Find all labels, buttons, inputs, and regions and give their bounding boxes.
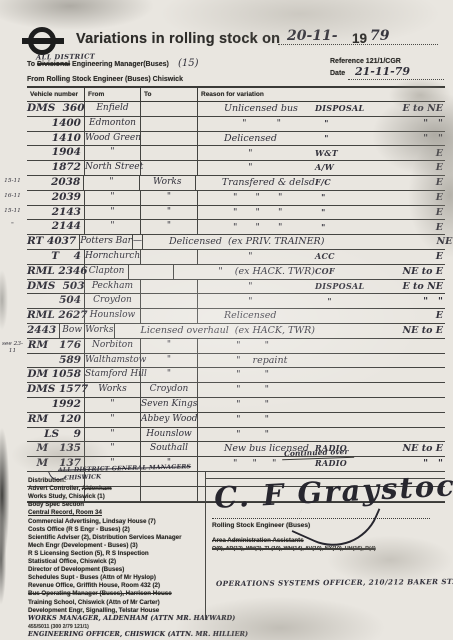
reason-text: " " ": [198, 191, 315, 205]
reason-text: ": [198, 250, 315, 264]
to-location: Works: [85, 324, 114, 338]
vehicle-number: 504: [27, 294, 85, 308]
to-location: [129, 265, 174, 279]
reason-code: A/W: [315, 161, 393, 175]
table-body: DMS 360EnfieldUnlicensed busDISPOSALE to…: [27, 102, 445, 502]
status-code: NE to E: [393, 442, 445, 456]
handwritten-year: 79: [370, 28, 389, 44]
status-code: NE to E: [393, 324, 445, 338]
table-row: DMS 360EnfieldUnlicensed busDISPOSALE to…: [27, 102, 445, 117]
reason-cell: "W&TE: [198, 146, 445, 160]
reason-text: ": [198, 161, 315, 175]
from-location: ": [85, 206, 141, 220]
reason-cell: " ": [198, 383, 445, 397]
reason-text: " ": [198, 368, 315, 382]
margin-note: [0, 280, 26, 282]
reason-cell: RelicensedE: [198, 309, 445, 323]
reason-text: ": [198, 295, 315, 309]
reason-text: " ": [198, 339, 315, 353]
from-location: Wood Green: [85, 132, 141, 146]
margin-note: [0, 368, 26, 370]
table-row: LS 9"Hounslow " ": [27, 428, 445, 443]
vehicle-number: RM 120: [27, 413, 85, 427]
margin-note: [0, 132, 26, 134]
reason-cell: " ": [198, 398, 445, 412]
reason-cell: " " " "E: [198, 206, 445, 220]
margin-note: [0, 383, 26, 385]
to-location: [141, 132, 198, 146]
col-header-from: From: [85, 88, 141, 101]
reason-cell: " " " "E: [198, 220, 445, 234]
margin-note: [0, 117, 26, 119]
margin-note: [0, 102, 26, 104]
margin-note: [0, 309, 26, 311]
distribution-item: Statistical Office, Chiswick (2): [28, 558, 204, 566]
distribution-item: Commercial Advertising, Lindsay House (7…: [28, 518, 204, 526]
reason-cell: " repaint: [198, 354, 445, 368]
status-code: E: [393, 176, 445, 190]
reason-code: F/C: [315, 176, 393, 190]
distribution-item: Costs Office (R S Engr - Buses) (2): [28, 526, 204, 534]
margin-note: [0, 235, 26, 237]
from-location: Hounslow: [85, 309, 141, 323]
from-location: Hornchurch: [85, 250, 141, 264]
table-row: 1410Wood GreenDelicensed "" ": [27, 132, 445, 147]
margin-note: [0, 250, 26, 252]
to-location: ": [141, 339, 198, 353]
status-code: E: [393, 309, 445, 323]
distribution-item: Director of Development (Buses): [28, 566, 204, 574]
vehicle-number: DM 1058: [27, 368, 85, 382]
printed-year-prefix: 19: [352, 31, 367, 46]
distribution-item: Body Spec Section: [28, 501, 204, 509]
vehicle-number: 1992: [27, 398, 85, 412]
to-location: Works: [140, 176, 196, 190]
table-row: DM 1058Stamford Hill" " ": [27, 368, 445, 383]
status-code: E: [393, 221, 445, 235]
vehicle-number: LS 9: [27, 428, 85, 442]
from-location: North Street: [85, 161, 141, 175]
reason-code: DISPOSAL: [315, 102, 393, 116]
variations-table: Vehicle number From To Reason for variat…: [27, 86, 445, 503]
status-code: E: [393, 161, 445, 175]
margin-note: ": [0, 220, 26, 229]
handwritten-chiswick: CHISWICK: [64, 473, 101, 481]
to-location: Croydon: [141, 383, 198, 397]
to-location: ": [141, 206, 198, 220]
distribution-item: Revenue Office, Griffith House, Room 432…: [28, 582, 204, 590]
distribution-item: ENGINEERING OFFICER, CHISWICK (ATTN. MR.…: [28, 631, 204, 639]
margin-note: [0, 398, 26, 400]
reason-text: " " ": [198, 221, 315, 235]
to-location: [141, 161, 198, 175]
to-location: Seven Kings: [141, 398, 198, 412]
reason-cell: " ": [198, 339, 445, 353]
reason-text: Licensed overhaul (ex HACK, TWR): [115, 324, 315, 338]
table-row: 1904" "W&TE: [27, 146, 445, 161]
to-location: [141, 294, 198, 308]
margin-note: 16-11: [0, 191, 26, 200]
table-row: "2144"" " " " "E: [27, 220, 445, 235]
table-row: 589Walthamstow" " repaint: [27, 354, 445, 369]
table-row: T 4Hornchurch "ACCE: [27, 250, 445, 265]
reason-text: " (ex HACK. TWR): [174, 265, 315, 279]
margin-note: [0, 472, 26, 474]
reason-text: Transfered & delsd: [196, 176, 315, 190]
vehicle-number: 1872: [27, 161, 85, 175]
reason-cell: "DISPOSALE to NE: [198, 280, 445, 294]
col-header-vehicle-number: Vehicle number: [27, 88, 85, 101]
table-row: DMS 1577WorksCroydon " ": [27, 383, 445, 398]
table-row: 2443BowWorksLicensed overhaul (ex HACK, …: [27, 324, 445, 339]
date-label: Date: [330, 70, 345, 77]
reason-text: Delicensed: [198, 132, 315, 146]
distribution-item: Schedules Supt - Buses (Attn of Mr Hyslo…: [28, 574, 204, 582]
reason-code: COF: [315, 265, 393, 279]
table-row: 1992"Seven Kings " ": [27, 398, 445, 413]
reason-code: DISPOSAL: [315, 280, 393, 294]
table-row: DMS 503Peckham "DISPOSALE to NE: [27, 280, 445, 295]
to-location: ": [141, 354, 198, 368]
table-row: RM 120"Abbey Wood " ": [27, 413, 445, 428]
vehicle-number: 2039: [27, 191, 85, 205]
table-row: RML 2627HounslowRelicensedE: [27, 309, 445, 324]
reason-cell: " (ex HACK. TWR)COFNE to E: [174, 265, 445, 279]
reason-cell: " ": [198, 428, 445, 442]
distribution-list: Advert Controller, AldenhamWorks Study, …: [28, 485, 204, 639]
reason-text: " " ": [198, 206, 315, 220]
distribution-item: Central Record, Room 34: [28, 509, 204, 517]
table-row: RT 4037Potters Bar—Delicensed (ex PRIV. …: [27, 235, 445, 250]
from-location: Stamford Hill: [85, 368, 141, 382]
to-location: Abbey Wood: [141, 413, 198, 427]
distribution-item: WORKS MANAGER, ALDENHAM (ATTN MR. HAYWAR…: [28, 615, 204, 623]
vehicle-number: 1400: [27, 117, 85, 131]
from-location: ": [85, 428, 141, 442]
distribution-block: Distribution: Advert Controller, Aldenha…: [28, 477, 204, 639]
status-code: E: [393, 250, 445, 264]
from-location: Bow: [60, 324, 85, 338]
from-location: ": [85, 398, 141, 412]
vehicle-number: M 135: [27, 442, 85, 456]
reason-cell: "A/WE: [198, 161, 445, 175]
vehicle-number: 2038: [27, 176, 84, 190]
table-row: 15-112143"" " " " "E: [27, 206, 445, 221]
status-code: NE: [402, 235, 453, 249]
table-header-row: Vehicle number From To Reason for variat…: [27, 86, 445, 102]
margin-note: [0, 428, 26, 430]
margin-note: [0, 442, 26, 444]
from-location: Croydon: [85, 294, 141, 308]
col-header-to: To: [141, 88, 198, 101]
from-location: Works: [85, 383, 141, 397]
table-row: RML 2346Clapton " (ex HACK. TWR)COFNE to…: [27, 265, 445, 280]
to-location: [141, 280, 198, 294]
from-location: Norbiton: [85, 339, 141, 353]
from-location: ": [85, 146, 141, 160]
to-location: ": [141, 368, 198, 382]
reason-cell: Delicensed (ex PRIV. TRAINER)NE: [143, 235, 453, 249]
reason-text: " ": [198, 413, 315, 427]
reason-text: Relicensed: [198, 309, 315, 323]
margin-note: [0, 413, 26, 415]
vehicle-number: RML 2346: [27, 265, 85, 279]
vehicle-number: 1410: [27, 132, 85, 146]
distribution-item: Works Study, Chiswick (1): [28, 493, 204, 501]
handwritten-operations-note: OPERATIONS SYSTEMS OFFICER, 210/212 BAKE…: [216, 577, 453, 588]
vehicle-number: 2143: [27, 206, 85, 220]
reference-number: Reference 121/1/CGR: [330, 58, 401, 65]
vehicle-number: 2144: [27, 220, 85, 234]
table-row: 1400Edmonton " " "" ": [27, 117, 445, 132]
reason-cell: "ACCE: [198, 250, 445, 264]
reason-cell: " " " "E: [198, 191, 445, 205]
vehicle-number: RT 4037: [27, 235, 80, 249]
vehicle-number: 1904: [27, 146, 85, 160]
reason-text: Unlicensed bus: [198, 102, 315, 116]
margin-note: [0, 457, 26, 459]
from-location: Walthamstow: [85, 354, 141, 368]
margin-note: [0, 294, 26, 296]
reason-cell: Delicensed "" ": [198, 132, 445, 146]
handwritten-date: 21-11-79: [355, 65, 410, 78]
handwritten-stock-date: 20-11-: [287, 28, 338, 44]
to-location: [141, 146, 198, 160]
vehicle-number: RML 2627: [27, 309, 85, 323]
reason-code: W&T: [315, 147, 393, 161]
vehicle-number: RM 176: [27, 339, 85, 353]
to-label: To: [27, 61, 35, 68]
distribution-item: Training School, Chiswick (Attn of Mr Ca…: [28, 599, 204, 607]
distribution-item: 455/5011 (300 2/79 121/1): [28, 623, 204, 631]
table-row: M 135"SouthallNew bus licensedRADIONE to…: [27, 442, 445, 457]
table-row: see 23-11RM 176Norbiton" " ": [27, 339, 445, 354]
reason-cell: Unlicensed busDISPOSALE to NE: [198, 102, 445, 116]
reason-code: ": [315, 132, 393, 146]
reason-code: ": [315, 117, 393, 131]
reason-text: ": [198, 147, 315, 161]
from-location: ": [85, 413, 141, 427]
struck-area-admin-line: Area Administration Assistants: [212, 537, 304, 544]
table-row: 504Croydon " "" ": [27, 294, 445, 309]
status-code: NE to E: [393, 265, 445, 279]
to-location: —: [133, 235, 143, 249]
roundel-bar: [22, 38, 64, 44]
vehicle-number: 589: [27, 354, 85, 368]
reason-cell: " "" ": [198, 294, 445, 308]
vehicle-number: DMS 1577: [27, 383, 85, 397]
distribution-item: Bus Operating Manager (Buses), Harrison …: [28, 590, 204, 598]
reason-cell: " ": [198, 413, 445, 427]
london-transport-roundel-logo: [22, 27, 64, 55]
status-code: " ": [393, 117, 445, 131]
from-location: ": [85, 442, 141, 456]
handwritten-count: (15): [178, 58, 199, 69]
distribution-item: R S Licensing Section (5), R S Inspectio…: [28, 550, 204, 558]
reason-cell: Licensed overhaul (ex HACK, TWR)NE to E: [115, 324, 445, 338]
status-code: E to NE: [393, 280, 445, 294]
reason-text: ": [198, 280, 315, 294]
reason-code: ": [315, 206, 393, 220]
to-location: [141, 117, 198, 131]
table-row: 16-112039"" " " " "E: [27, 191, 445, 206]
margin-note: see 23-11: [0, 339, 26, 355]
reason-code: ": [315, 221, 393, 235]
from-location: Enfield: [85, 102, 141, 116]
margin-note: 15-11: [0, 176, 26, 185]
from-location: Peckham: [85, 280, 141, 294]
from-location: ": [84, 176, 139, 190]
status-code: " ": [393, 132, 445, 146]
status-code: E: [393, 147, 445, 161]
to-line: To Divisional Engineering Manager(Buses): [27, 61, 169, 68]
margin-note: [0, 265, 26, 267]
col-header-reason: Reason for variation: [198, 88, 445, 101]
from-location: ": [85, 191, 141, 205]
from-location: Potters Bar: [80, 235, 133, 249]
reason-cell: " " "" ": [198, 117, 445, 131]
table-row: 15-112038"WorksTransfered & delsdF/CE: [27, 176, 445, 191]
margin-note: [0, 324, 26, 326]
reason-code: RADIO: [315, 457, 393, 471]
to-location: [141, 309, 198, 323]
reason-text: " ": [198, 398, 315, 412]
status-code: " ": [393, 295, 445, 309]
distribution-item: Mech Engr (Development - Buses) (3): [28, 542, 204, 550]
reason-code: ": [315, 191, 393, 205]
status-code: E: [393, 206, 445, 220]
to-location: [141, 250, 198, 264]
reason-code: ACC: [315, 250, 393, 264]
from-location: ": [85, 220, 141, 234]
form-title: Variations in rolling stock on: [76, 31, 280, 47]
margin-note: 15-11: [0, 206, 26, 215]
status-code: E to NE: [393, 102, 445, 116]
to-rest: Engineering Manager(Buses): [72, 61, 169, 68]
reason-code: ": [315, 295, 393, 309]
to-location: Hounslow: [141, 428, 198, 442]
distribution-item: Development Engr, Signalling, Telstar Ho…: [28, 607, 204, 615]
struck-divisional: Divisional: [37, 61, 70, 68]
margin-note: [0, 487, 26, 489]
scanned-form-page: Variations in rolling stock on 20-11- 19…: [0, 0, 453, 640]
struck-codes-line: O(9), AR(12), WH(2), TL(10), WH(14), AV(…: [212, 546, 447, 552]
status-code: E: [393, 191, 445, 205]
date-dotted-line: [348, 79, 444, 80]
reason-cell: " " "RADIO" ": [198, 457, 445, 471]
table-row: 1872North Street "A/WE: [27, 161, 445, 176]
vehicle-number: T 4: [27, 250, 85, 264]
margin-note: [0, 146, 26, 148]
vehicle-number: 2443: [27, 324, 60, 338]
vehicle-number: DMS 503: [27, 280, 85, 294]
from-line: From Rolling Stock Engineer (Buses) Chis…: [27, 76, 183, 83]
distribution-item: Scientific Adviser (2), Distribution Ser…: [28, 534, 204, 542]
to-location: Southall: [141, 442, 198, 456]
from-location: Clapton: [85, 265, 129, 279]
to-location: ": [141, 191, 198, 205]
reason-text: Delicensed (ex PRIV. TRAINER): [143, 235, 324, 249]
reason-cell: " ": [198, 368, 445, 382]
distribution-item: Advert Controller, Aldenham: [28, 485, 204, 493]
reason-text: " ": [198, 383, 315, 397]
margin-note: [0, 354, 26, 356]
from-location: Edmonton: [85, 117, 141, 131]
reason-text: " ": [198, 117, 315, 131]
reason-cell: Transfered & delsdF/CE: [196, 176, 445, 190]
reason-text: " repaint: [198, 354, 315, 368]
reason-text: " ": [198, 428, 315, 442]
to-location: [141, 102, 198, 116]
to-location: ": [141, 220, 198, 234]
margin-note: [0, 161, 26, 163]
vehicle-number: DMS 360: [27, 102, 85, 116]
